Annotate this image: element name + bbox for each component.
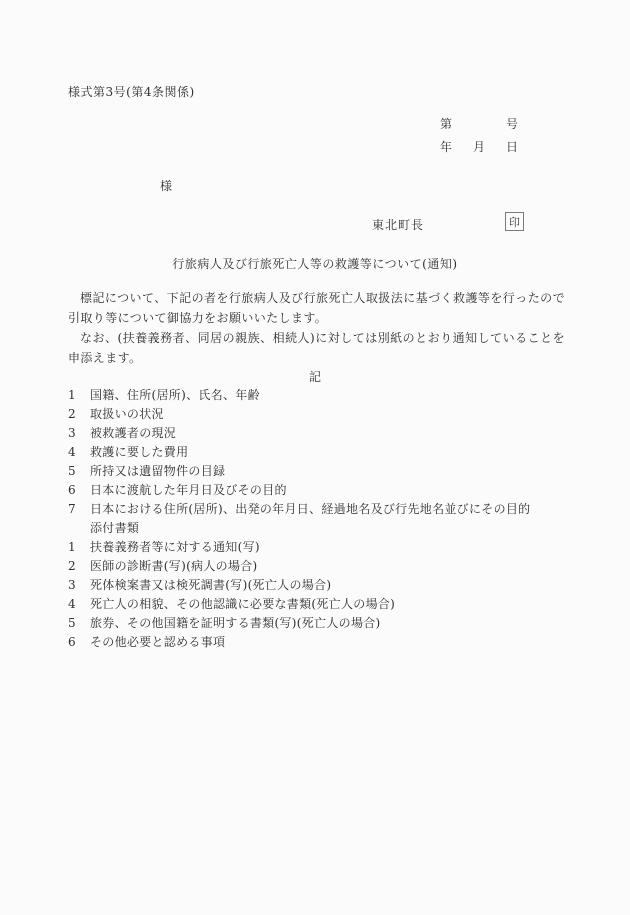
attachment-item: 3 死体検案書又は検死調書(写)(死亡人の場合)	[68, 576, 568, 595]
attachments-heading: 添付書類	[90, 519, 568, 538]
item-number: 5	[68, 462, 90, 481]
attachment-item: 1 扶養義務者等に対する通知(写)	[68, 538, 568, 557]
list-item: 3 被救護者の現況	[68, 424, 568, 443]
list-item: 5 所持又は遺留物件の目録	[68, 462, 568, 481]
item-number: 1	[68, 386, 90, 405]
item-number: 3	[68, 576, 90, 595]
item-number: 4	[68, 443, 90, 462]
item-text: 被救護者の現況	[90, 424, 568, 443]
item-text: 旅券、その他国籍を証明する書類(写)(死亡人の場合)	[90, 614, 568, 633]
item-number: 4	[68, 595, 90, 614]
item-text: 日本における住所(居所)、出発の年月日、経過地名及び行先地名並びにその目的	[90, 500, 568, 519]
list-item: 7 日本における住所(居所)、出発の年月日、経過地名及び行先地名並びにその目的	[68, 500, 568, 519]
item-text: 取扱いの状況	[90, 405, 568, 424]
item-number: 5	[68, 614, 90, 633]
record-marker: 記	[0, 368, 630, 385]
body-text: 標記について、下記の者を行旅病人及び行旅死亡人取扱法に基づく救護等を行ったので引…	[68, 288, 565, 368]
item-number: 6	[68, 633, 90, 652]
item-text: 扶養義務者等に対する通知(写)	[90, 538, 568, 557]
doc-number-prefix: 第	[440, 115, 452, 132]
seal-label: 印	[509, 214, 520, 230]
attachment-item: 2 医師の診断書(写)(病人の場合)	[68, 557, 568, 576]
item-number: 1	[68, 538, 90, 557]
list-item: 1 国籍、住所(居所)、氏名、年齢	[68, 386, 568, 405]
item-number-spacer	[68, 519, 90, 538]
body-paragraph: なお、(扶養義務者、同居の親族、相続人)に対しては別紙のとおり通知していることを…	[68, 328, 565, 368]
attachment-item: 4 死亡人の相貌、その他認識に必要な書類(死亡人の場合)	[68, 595, 568, 614]
item-text: 所持又は遺留物件の目録	[90, 462, 568, 481]
sender-title: 東北町長	[372, 216, 424, 233]
doc-number-suffix: 号	[506, 115, 518, 132]
date-month-label: 月	[473, 138, 485, 155]
attachment-item: 5 旅券、その他国籍を証明する書類(写)(死亡人の場合)	[68, 614, 568, 633]
item-text: 医師の診断書(写)(病人の場合)	[90, 557, 568, 576]
document-number-line: 第 号	[440, 115, 518, 132]
addressee-honorific: 様	[160, 177, 172, 194]
date-year-label: 年	[440, 138, 452, 155]
form-label: 様式第3号(第4条関係)	[68, 83, 195, 100]
list-item: 6 日本に渡航した年月日及びその目的	[68, 481, 568, 500]
item-text: 国籍、住所(居所)、氏名、年齢	[90, 386, 568, 405]
attachment-item: 6 その他必要と認める事項	[68, 633, 568, 652]
date-day-label: 日	[506, 138, 518, 155]
document-subject: 行旅病人及び行旅死亡人等の救護等について(通知)	[0, 255, 630, 272]
list-item: 2 取扱いの状況	[68, 405, 568, 424]
date-line: 年 月 日	[440, 138, 518, 155]
seal-box: 印	[505, 212, 524, 231]
item-text: 死亡人の相貌、その他認識に必要な書類(死亡人の場合)	[90, 595, 568, 614]
item-text: 救護に要した費用	[90, 443, 568, 462]
itemized-lists: 1 国籍、住所(居所)、氏名、年齢 2 取扱いの状況 3 被救護者の現況 4 救…	[68, 386, 568, 652]
item-number: 7	[68, 500, 90, 519]
item-text: 死体検案書又は検死調書(写)(死亡人の場合)	[90, 576, 568, 595]
item-number: 3	[68, 424, 90, 443]
item-text: 日本に渡航した年月日及びその目的	[90, 481, 568, 500]
item-number: 6	[68, 481, 90, 500]
list-item: 4 救護に要した費用	[68, 443, 568, 462]
document-page: 様式第3号(第4条関係) 第 号 年 月 日 様 東北町長 印 行旅病人及び行旅…	[0, 0, 630, 915]
body-paragraph: 標記について、下記の者を行旅病人及び行旅死亡人取扱法に基づく救護等を行ったので引…	[68, 288, 565, 328]
item-text: その他必要と認める事項	[90, 633, 568, 652]
item-number: 2	[68, 557, 90, 576]
item-number: 2	[68, 405, 90, 424]
attachments-heading-row: 添付書類	[68, 519, 568, 538]
